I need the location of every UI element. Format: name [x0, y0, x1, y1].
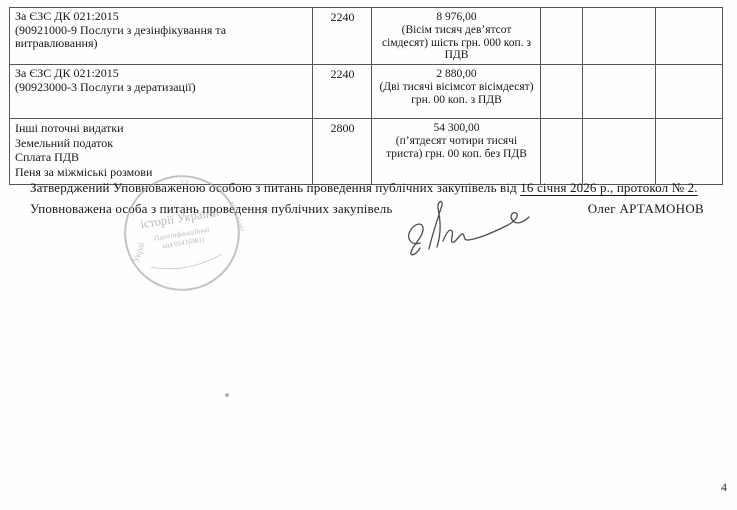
- empty-cell: [541, 119, 583, 185]
- expense-description: За ЄЗС ДК 021:2015 (90923000-3 Послуги з…: [10, 65, 313, 119]
- scan-speck: [225, 393, 229, 397]
- expense-code: 2800: [313, 119, 372, 185]
- expense-description: За ЄЗС ДК 021:2015 (90921000-9 Послуги з…: [10, 8, 313, 65]
- empty-cell: [541, 65, 583, 119]
- budget-table: За ЄЗС ДК 021:2015 (90921000-9 Послуги з…: [9, 7, 723, 185]
- empty-cell: [541, 8, 583, 65]
- table-row: За ЄЗС ДК 021:2015 (90923000-3 Послуги з…: [10, 65, 723, 119]
- page-number: 4: [721, 480, 727, 495]
- signature: [398, 193, 533, 263]
- empty-cell: [583, 65, 656, 119]
- approval-date-underlined: 16 січня 2026 р., протокол № 2.: [520, 180, 697, 195]
- expense-code: 2240: [313, 8, 372, 65]
- table-row: Інші поточні видатки Земельний податок С…: [10, 119, 723, 185]
- document-page: За ЄЗС ДК 021:2015 (90921000-9 Послуги з…: [0, 0, 737, 510]
- empty-cell: [656, 8, 723, 65]
- officer-name: Олег АРТАМОНОВ: [588, 201, 704, 217]
- stamp-ring-text-top: уд: [180, 176, 189, 186]
- empty-cell: [656, 119, 723, 185]
- table-row: За ЄЗС ДК 021:2015 (90921000-9 Послуги з…: [10, 8, 723, 65]
- expense-amount: 54 300,00 (п’ятдесят чотири тисячі трист…: [372, 119, 541, 185]
- stamp-ring-text-left: Украї: [131, 240, 147, 263]
- expense-amount: 2 880,00 (Дві тисячі вісімсот вісімдесят…: [372, 65, 541, 119]
- empty-cell: [583, 119, 656, 185]
- expense-code: 2240: [313, 65, 372, 119]
- empty-cell: [656, 65, 723, 119]
- stamp-ring-text-right: вичально: [228, 200, 246, 233]
- official-stamp: Украї уд вичально історії України (Ідент…: [118, 170, 246, 296]
- empty-cell: [583, 8, 656, 65]
- expense-amount: 8 976,00 (Вісім тисяч дев’ятсот сімдесят…: [372, 8, 541, 65]
